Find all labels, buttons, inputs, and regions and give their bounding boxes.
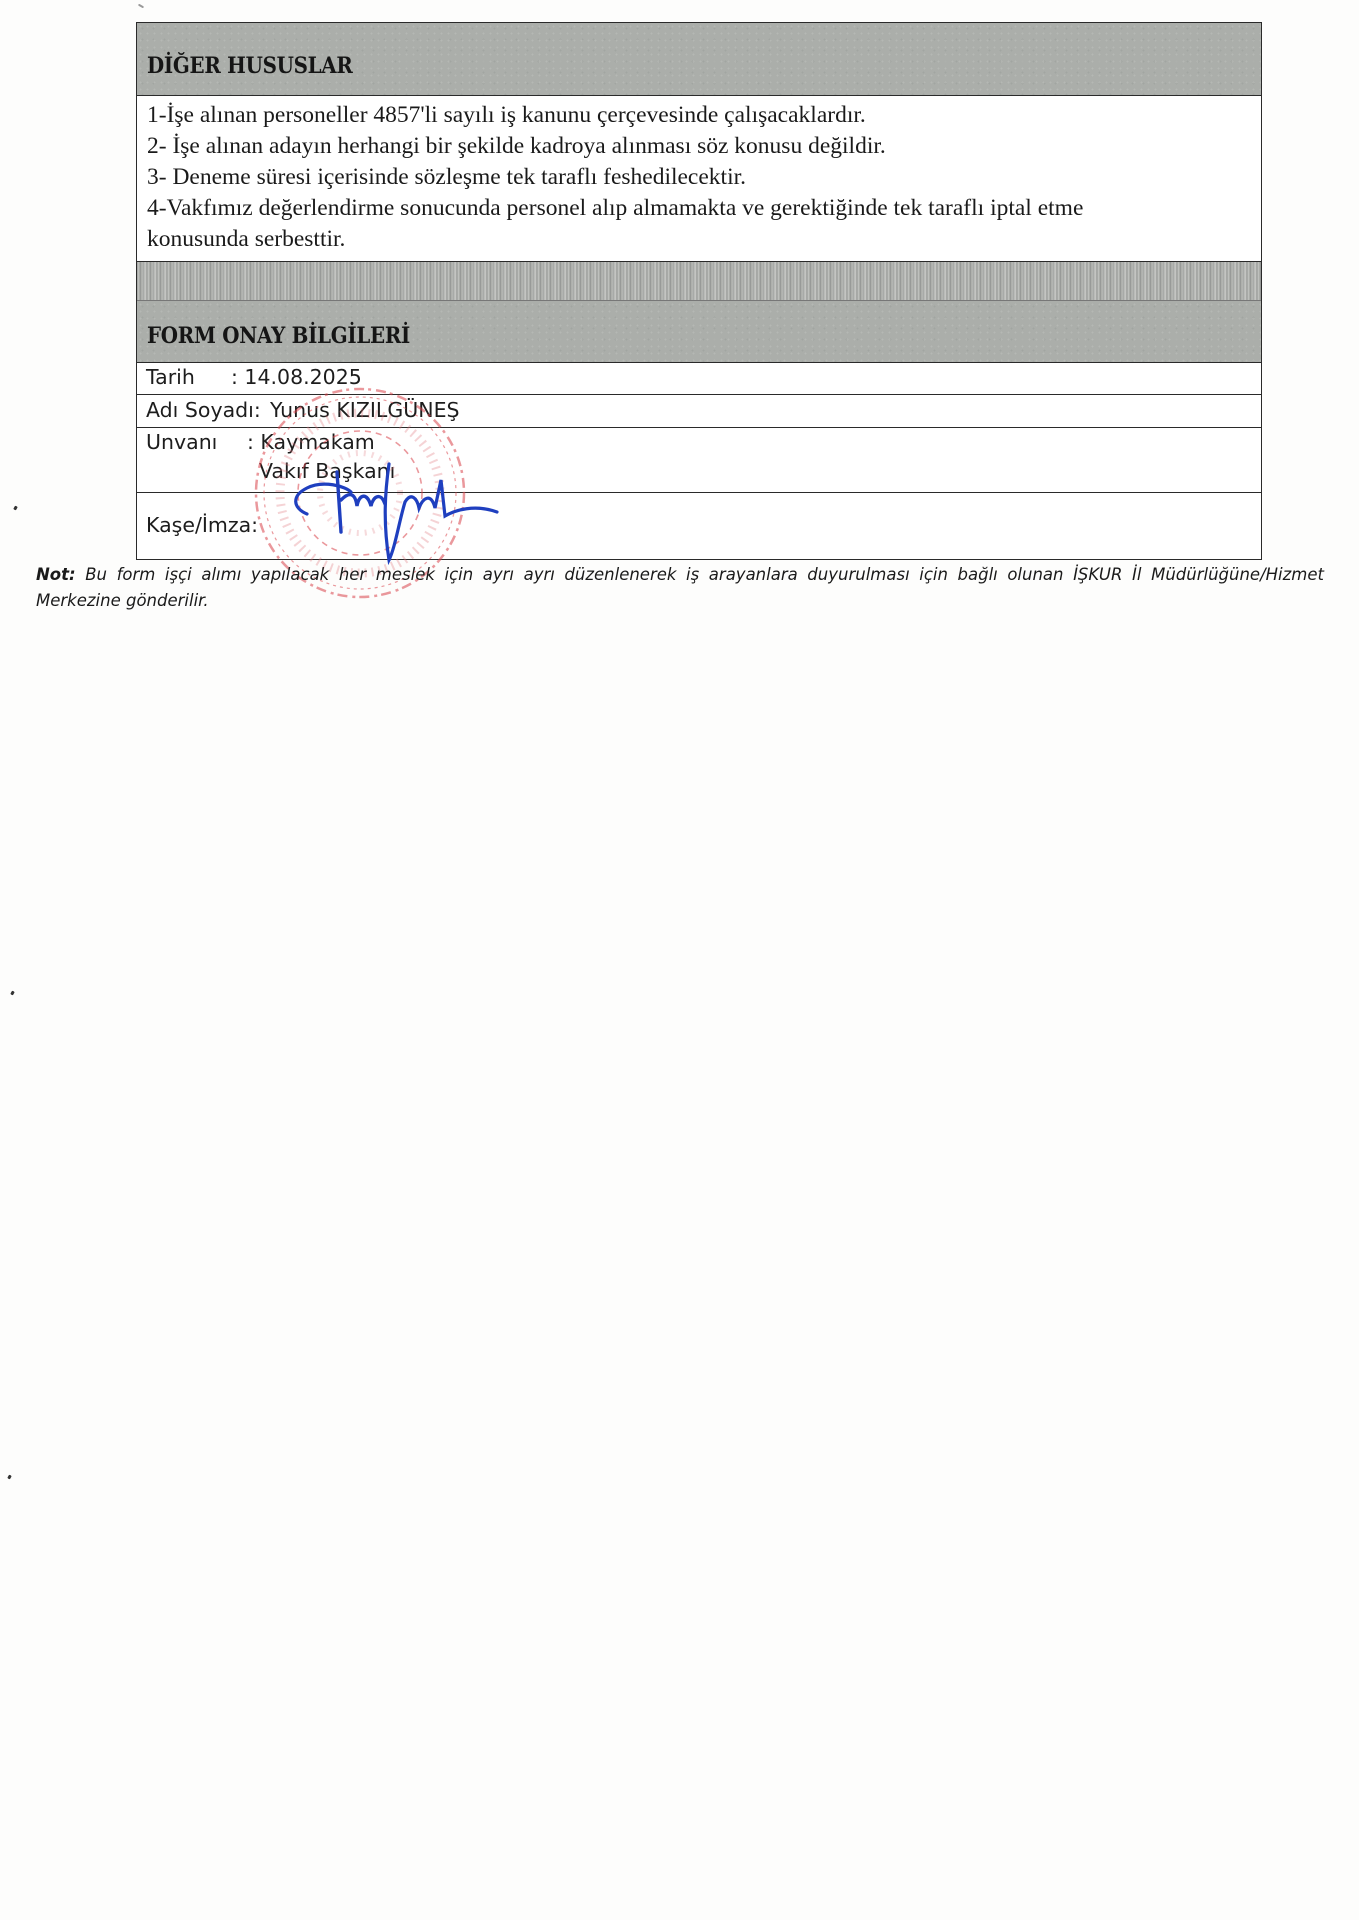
date-value: : 14.08.2025 <box>231 365 362 389</box>
scan-speck <box>7 1475 12 1480</box>
note-prefix: Not: <box>36 565 76 584</box>
signature-label: Kaşe/İmza: <box>146 513 258 537</box>
title-label: Unvanı <box>146 430 217 454</box>
document-page: DİĞER HUSUSLAR 1-İşe alınan personeller … <box>0 0 1359 1920</box>
row-date: Tarih : 14.08.2025 <box>137 363 1261 395</box>
other-terms-list: 1-İşe alınan personeller 4857'li sayılı … <box>137 96 1261 262</box>
title-value-line1: : Kaymakam <box>247 430 375 454</box>
section-title: DİĞER HUSUSLAR <box>147 53 353 79</box>
scan-speck <box>10 991 15 996</box>
section-header-other-terms: DİĞER HUSUSLAR <box>137 23 1261 96</box>
term-item: 2- İşe alınan adayın herhangi bir şekild… <box>147 131 1251 162</box>
title-value-line2: Vakıf Başkanı <box>259 459 395 483</box>
section-title: FORM ONAY BİLGİLERİ <box>147 323 410 349</box>
term-item: konusunda serbesttir. <box>147 224 1251 255</box>
scan-artifact-band <box>137 262 1261 301</box>
date-label: Tarih <box>146 365 195 389</box>
section-header-approval: FORM ONAY BİLGİLERİ <box>137 301 1261 363</box>
note-text: Bu form işçi alımı yapılacak her meslek … <box>36 565 1324 610</box>
scan-speck <box>13 506 18 511</box>
row-title: Unvanı : Kaymakam Vakıf Başkanı <box>137 428 1261 493</box>
footer-note: Not: Bu form işçi alımı yapılacak her me… <box>36 562 1324 614</box>
row-signature: Kaşe/İmza: <box>137 493 1261 559</box>
scan-speck <box>138 4 144 9</box>
form-table: DİĞER HUSUSLAR 1-İşe alınan personeller … <box>136 22 1262 560</box>
term-item: 4-Vakfımız değerlendirme sonucunda perso… <box>147 193 1251 224</box>
term-item: 1-İşe alınan personeller 4857'li sayılı … <box>147 100 1251 131</box>
term-item: 3- Deneme süresi içerisinde sözleşme tek… <box>147 162 1251 193</box>
name-label: Adı Soyadı: <box>146 398 261 422</box>
row-name: Adı Soyadı: Yunus KIZILGÜNEŞ <box>137 395 1261 428</box>
name-value: Yunus KIZILGÜNEŞ <box>270 398 460 422</box>
